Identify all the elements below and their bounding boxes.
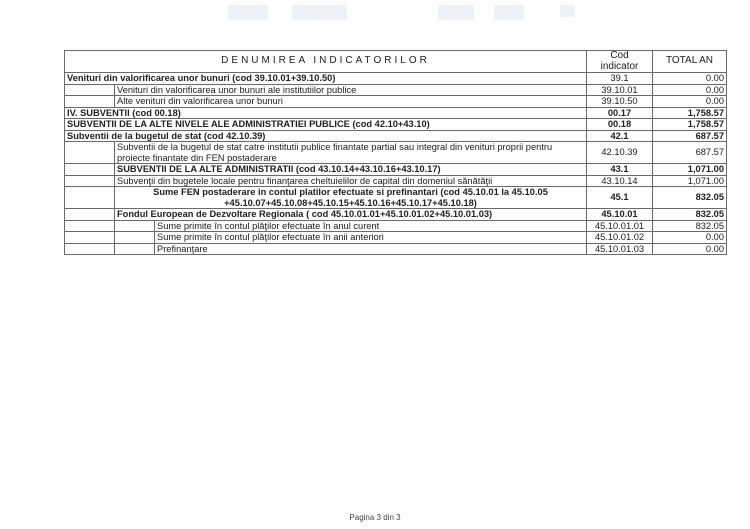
- row-label: SUBVENTII DE LA ALTE NIVELE ALE ADMINIST…: [65, 119, 587, 131]
- indent-cell: [65, 243, 115, 255]
- bleed-through-mark: [494, 5, 524, 20]
- row-total: 1,758.57: [653, 119, 727, 131]
- indent-cell: [115, 220, 155, 232]
- table-row: IV. SUBVENTII (cod 00.18) 00.17 1,758.57: [65, 107, 727, 119]
- row-code: 43.1: [587, 164, 653, 176]
- table-row: Venituri din valorificarea unor bunuri a…: [65, 84, 727, 96]
- table-row: Alte venituri din valorificarea unor bun…: [65, 96, 727, 108]
- table-row: Sume primite în contul plăţilor efectuat…: [65, 220, 727, 232]
- row-code: 00.17: [587, 107, 653, 119]
- row-label: Subventii de la bugetul de stat (cod 42.…: [65, 130, 587, 142]
- indent-cell: [65, 175, 115, 187]
- row-label: Venituri din valorificarea unor bunuri (…: [65, 73, 587, 85]
- table-header-row: DENUMIREA INDICATORILOR Cod indicator TO…: [65, 51, 727, 73]
- indent-cell: [65, 164, 115, 176]
- row-code: 45.10.01.02: [587, 232, 653, 244]
- table-row: SUBVENTII DE LA ALTE ADMINISTRATII (cod …: [65, 164, 727, 176]
- row-label: IV. SUBVENTII (cod 00.18): [65, 107, 587, 119]
- row-label-line2: +45.10.07+45.10.08+45.10.15+45.10.16+45.…: [224, 198, 477, 208]
- table-row: Venituri din valorificarea unor bunuri (…: [65, 73, 727, 85]
- header-total-an: TOTAL AN: [653, 51, 727, 73]
- row-label: Subventii de la bugetul de stat catre in…: [115, 142, 587, 164]
- row-label: Alte venituri din valorificarea unor bun…: [115, 96, 587, 108]
- row-total: 687.57: [653, 130, 727, 142]
- row-total: 1,071.00: [653, 164, 727, 176]
- row-total: 832.05: [653, 209, 727, 221]
- bleed-through-mark: [228, 5, 268, 20]
- row-code: 39.1: [587, 73, 653, 85]
- bleed-through-mark: [292, 5, 347, 20]
- row-total: 0.00: [653, 96, 727, 108]
- table-row: Fondul European de Dezvoltare Regionala …: [65, 209, 727, 221]
- row-total: 0.00: [653, 243, 727, 255]
- row-total: 832.05: [653, 187, 727, 209]
- indent-cell: [65, 84, 115, 96]
- row-label-line2: proiecte finantate din FEN postaderare: [117, 153, 277, 163]
- row-total: 1,071.00: [653, 175, 727, 187]
- indent-cell: [65, 232, 115, 244]
- page-number: Pagina 3 din 3: [0, 513, 750, 522]
- row-code: 42.10.39: [587, 142, 653, 164]
- row-label: Sume primite în contul plăţilor efectuat…: [155, 232, 587, 244]
- table-row: Sume primite în contul plăţilor efectuat…: [65, 232, 727, 244]
- indent-cell: [115, 232, 155, 244]
- indent-cell: [65, 220, 115, 232]
- bleed-through-mark: [438, 5, 474, 20]
- row-label: Prefinanţare: [155, 243, 587, 255]
- indent-cell: [65, 96, 115, 108]
- row-total: 687.57: [653, 142, 727, 164]
- header-cod-line2: indicator: [601, 61, 639, 72]
- row-code: 45.10.01.01: [587, 220, 653, 232]
- indent-cell: [115, 243, 155, 255]
- row-label: Fondul European de Dezvoltare Regionala …: [115, 209, 587, 221]
- header-cod-indicator: Cod indicator: [587, 51, 653, 73]
- row-code: 45.10.01.03: [587, 243, 653, 255]
- table-row: SUBVENTII DE LA ALTE NIVELE ALE ADMINIST…: [65, 119, 727, 131]
- row-total: 832.05: [653, 220, 727, 232]
- row-code: 42.1: [587, 130, 653, 142]
- row-label: Sume primite în contul plăţilor efectuat…: [155, 220, 587, 232]
- indent-cell: [65, 142, 115, 164]
- row-code: 39.10.50: [587, 96, 653, 108]
- row-label-line1: Subventii de la bugetul de stat catre in…: [117, 142, 552, 152]
- row-code: 00.18: [587, 119, 653, 131]
- row-label-line1: Sume FEN postaderare in contul platilor …: [153, 187, 548, 197]
- row-code: 45.10.01: [587, 209, 653, 221]
- indent-cell: [65, 209, 115, 221]
- row-total: 1,758.57: [653, 107, 727, 119]
- header-cod-line1: Cod: [610, 51, 628, 62]
- table-row: Subvenţii din bugetele locale pentru fin…: [65, 175, 727, 187]
- indicators-table: DENUMIREA INDICATORILOR Cod indicator TO…: [64, 50, 727, 255]
- row-code: 45.1: [587, 187, 653, 209]
- bleed-through-mark: [560, 5, 575, 17]
- table-row: Prefinanţare 45.10.01.03 0.00: [65, 243, 727, 255]
- table-row: Subventii de la bugetul de stat catre in…: [65, 142, 727, 164]
- row-label: Venituri din valorificarea unor bunuri a…: [115, 84, 587, 96]
- table-row: Subventii de la bugetul de stat (cod 42.…: [65, 130, 727, 142]
- row-total: 0.00: [653, 84, 727, 96]
- row-label: Sume FEN postaderare in contul platilor …: [115, 187, 587, 209]
- row-total: 0.00: [653, 73, 727, 85]
- table-row: Sume FEN postaderare in contul platilor …: [65, 187, 727, 209]
- row-label: Subvenţii din bugetele locale pentru fin…: [115, 175, 587, 187]
- header-denumirea: DENUMIREA INDICATORILOR: [65, 51, 587, 73]
- row-code: 39.10.01: [587, 84, 653, 96]
- row-label: SUBVENTII DE LA ALTE ADMINISTRATII (cod …: [115, 164, 587, 176]
- indent-cell: [65, 187, 115, 209]
- row-total: 0.00: [653, 232, 727, 244]
- row-code: 43.10.14: [587, 175, 653, 187]
